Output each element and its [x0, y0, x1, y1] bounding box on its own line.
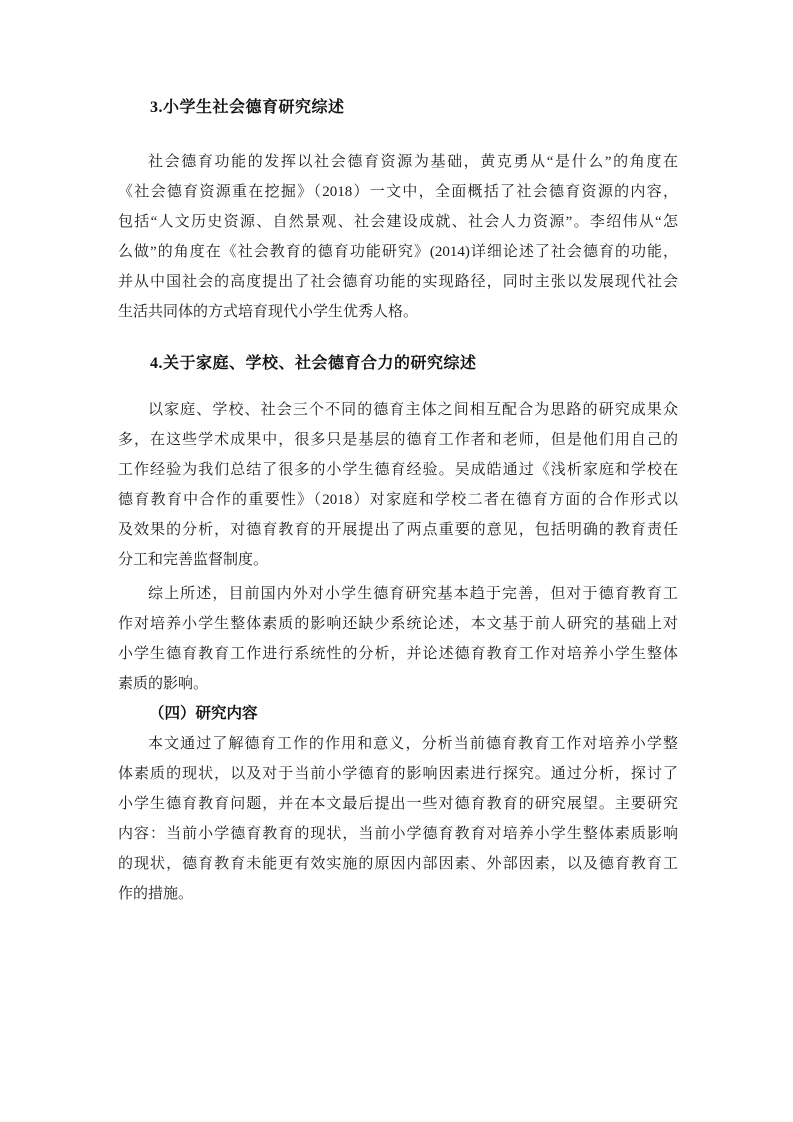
- section-heading-social-moral-education-review: 3.小学生社会德育研究综述: [118, 93, 678, 123]
- document-page: 3.小学生社会德育研究综述 社会德育功能的发挥以社会德育资源为基础，黄克勇从“是…: [0, 0, 793, 1122]
- text-line: 生活共同体的方式培育现代小学生优秀人格。: [118, 297, 678, 327]
- text-line: 以家庭、学校、社会三个不同的德育主体之间相互配合为思路的研究成果众: [118, 395, 678, 425]
- text-line: 小学生德育教育工作进行系统性的分析，并论述德育教育工作对培养小学生整体: [118, 639, 678, 669]
- text-line: 社会德育功能的发挥以社会德育资源为基础，黄克勇从“是什么”的角度在: [118, 147, 678, 177]
- text-line: 作对培养小学生整体素质的影响还缺少系统论述，本文基于前人研究的基础上对: [118, 609, 678, 639]
- text-line: 的现状，德育教育未能更有效实施的原因内部因素、外部因素，以及德育教育工: [118, 849, 678, 879]
- section-heading-research-content: （四）研究内容: [118, 699, 678, 729]
- text-line: 么做”的角度在《社会教育的德育功能研究》(2014)详细论述了社会德育的功能，: [118, 237, 678, 267]
- text-line: 包括“人文历史资源、自然景观、社会建设成就、社会人力资源”。李绍伟从“怎: [118, 207, 678, 237]
- text-line: 并从中国社会的高度提出了社会德育功能的实现路径，同时主张以发展现代社会: [118, 267, 678, 297]
- text-line: 本文通过了解德育工作的作用和意义，分析当前德育教育工作对培养小学整: [118, 729, 678, 759]
- text-line: 德育教育中合作的重要性》（2018）对家庭和学校二者在德育方面的合作形式以: [118, 485, 678, 515]
- text-line: 《社会德育资源重在挖掘》（2018）一文中，全面概括了社会德育资源的内容，: [118, 177, 678, 207]
- section-heading-family-school-society-review: 4.关于家庭、学校、社会德育合力的研究综述: [118, 349, 678, 379]
- paragraph-social-moral-education: 社会德育功能的发挥以社会德育资源为基础，黄克勇从“是什么”的角度在 《社会德育资…: [118, 147, 678, 327]
- paragraph-family-school-society: 以家庭、学校、社会三个不同的德育主体之间相互配合为思路的研究成果众 多，在这些学…: [118, 395, 678, 575]
- text-line: 作的措施。: [118, 879, 678, 909]
- text-line: 分工和完善监督制度。: [118, 545, 678, 575]
- text-line: 素质的影响。: [118, 669, 678, 699]
- text-line: 内容：当前小学德育教育的现状，当前小学德育教育对培养小学生整体素质影响: [118, 819, 678, 849]
- paragraph-research-content: 本文通过了解德育工作的作用和意义，分析当前德育教育工作对培养小学整 体素质的现状…: [118, 729, 678, 909]
- paragraph-summary: 综上所述，目前国内外对小学生德育研究基本趋于完善，但对于德育教育工 作对培养小学…: [118, 579, 678, 699]
- text-line: 体素质的现状，以及对于当前小学德育的影响因素进行探究。通过分析，探讨了: [118, 759, 678, 789]
- text-line: 小学生德育教育问题，并在本文最后提出一些对德育教育的研究展望。主要研究: [118, 789, 678, 819]
- text-line: 多，在这些学术成果中，很多只是基层的德育工作者和老师，但是他们用自己的: [118, 425, 678, 455]
- text-line: 工作经验为我们总结了很多的小学生德育经验。吴成皓通过《浅析家庭和学校在: [118, 455, 678, 485]
- text-line: 及效果的分析，对德育教育的开展提出了两点重要的意见，包括明确的教育责任: [118, 515, 678, 545]
- text-line: 综上所述，目前国内外对小学生德育研究基本趋于完善，但对于德育教育工: [118, 579, 678, 609]
